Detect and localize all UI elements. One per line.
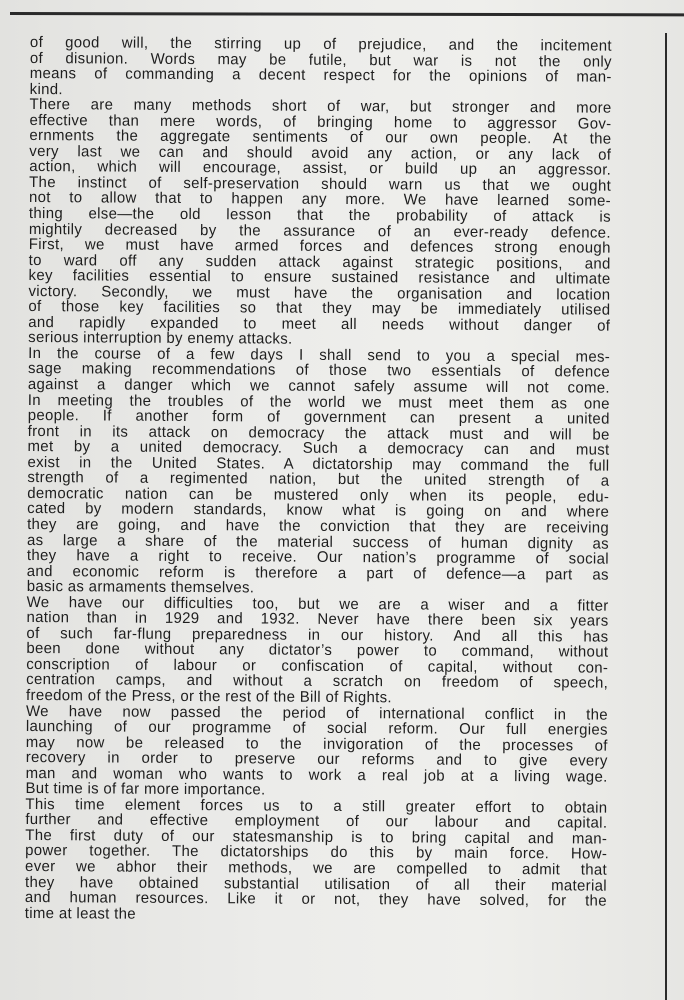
text-line: means of commanding a decent respect for… bbox=[30, 66, 612, 85]
body-text-column: of good will, the stirring up of prejudi… bbox=[25, 35, 612, 925]
scanned-book-page: of good will, the stirring up of prejudi… bbox=[0, 0, 684, 1000]
column-rule-divider bbox=[665, 33, 667, 1000]
top-rule-divider bbox=[10, 12, 684, 16]
